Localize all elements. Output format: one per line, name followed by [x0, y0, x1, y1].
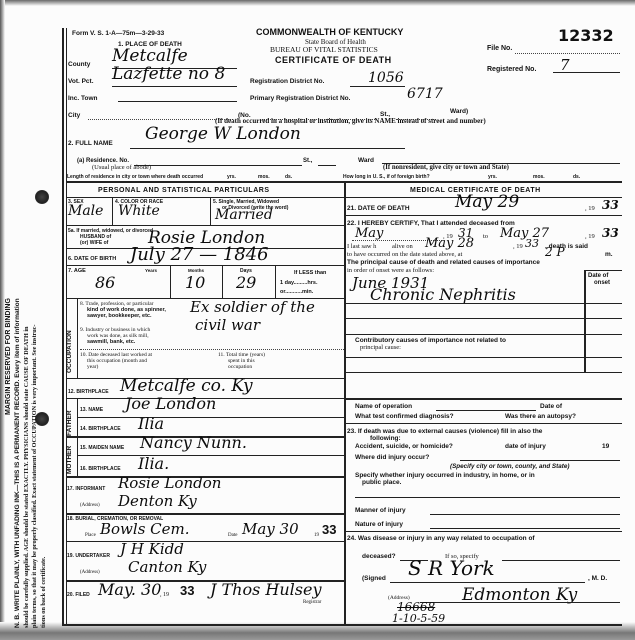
last-worked-label-3: year)	[87, 364, 98, 370]
where-injury-label: Where did injury occur?	[355, 454, 429, 461]
operation-label: Name of operation	[355, 403, 412, 410]
frame-left	[62, 28, 64, 626]
father-birthplace-value: Ilia	[138, 414, 164, 433]
ward-label: Ward)	[450, 108, 468, 115]
frame-bottom	[62, 624, 622, 626]
industry-value: civil war	[195, 316, 260, 334]
occupation-divider	[77, 298, 78, 378]
injury-year-label: 19	[602, 443, 609, 450]
if-so-line	[502, 560, 620, 561]
spouse-label-3: (or) WIFE of	[80, 240, 108, 246]
burial-place-label: Place	[85, 533, 96, 538]
trade-label-3: sawyer, bookkeeper, etc.	[87, 313, 152, 319]
margin-instruction-line3: plain terms, so that it may be properly …	[31, 325, 38, 629]
burial-date-value: May 30	[242, 520, 299, 538]
father-vertical-label: FATHER	[66, 410, 73, 436]
color-value: White	[118, 203, 160, 219]
attended-to-year-prefix: , 19	[585, 233, 595, 240]
where-injury-line	[460, 460, 620, 461]
informant-value: Rosie London	[118, 474, 221, 492]
contributory-line	[346, 357, 622, 358]
personal-heading: PERSONAL AND STATISTICAL PARTICULARS	[98, 187, 269, 194]
father-name-label: 13. NAME	[80, 407, 103, 413]
frame-left-inner	[66, 28, 67, 626]
alive-on-label: alive on	[392, 243, 413, 250]
nature-label: Nature of injury	[355, 521, 403, 528]
city-line	[88, 119, 233, 120]
less-or-min: or...........min.	[280, 289, 313, 295]
row-line	[66, 197, 344, 198]
form-number: Form V. S. 1-A—75m—3-29-33	[72, 30, 164, 37]
residence-ward-label: Ward	[358, 157, 374, 164]
cause-line	[346, 334, 622, 335]
registration-district-label: Registration District No.	[250, 78, 324, 85]
occupation-divider-line	[80, 349, 344, 350]
death-certificate: MARGIN RESERVED FOR BINDING N. B. WRITE …	[0, 0, 635, 640]
last-saw-year-prefix: , 19	[513, 243, 523, 250]
burial-year-value: 33	[322, 522, 336, 537]
trade-value: Ex soldier of the	[190, 298, 315, 316]
last-saw-label: I last saw h	[347, 243, 376, 250]
county-label: County	[68, 61, 90, 68]
state-title: COMMONWEALTH OF KENTUCKY	[256, 27, 403, 37]
less-than-label: If LESS than	[294, 270, 326, 276]
foreign-yrs: yrs.	[488, 174, 497, 180]
occurred-label: to have occurred on the date stated abov…	[347, 251, 462, 258]
inc-town-label: Inc. Town	[68, 95, 98, 102]
margin-instruction-line1: N. B. WRITE PLAINLY, WITH UNFADING INK—T…	[14, 298, 21, 628]
marital-value: Married	[215, 207, 273, 223]
external-causes-label: 23. If death was due to external causes …	[347, 428, 542, 435]
margin-instruction-line4: tions on back of certificate.	[40, 557, 47, 628]
full-name-line	[130, 148, 405, 149]
foreign-ds: ds.	[573, 174, 580, 180]
less-day-hrs: 1 day.........hrs.	[280, 280, 318, 286]
onset-top-line	[584, 270, 622, 271]
residence-st-line	[318, 165, 336, 166]
manner-label: Manner of injury	[355, 507, 406, 514]
md-label: , M. D.	[588, 575, 607, 582]
nature-line	[430, 528, 620, 529]
last-saw-date: May 28	[425, 236, 474, 251]
file-no-value: 12332	[558, 26, 614, 45]
primary-registration-value: 6717	[407, 86, 443, 102]
scan-edge-top	[0, 0, 635, 6]
cell-divider	[275, 265, 276, 298]
birthplace-label: 12. BIRTHPLACE	[68, 389, 109, 395]
full-name-label: 2. FULL NAME	[68, 140, 113, 147]
sex-value: Male	[68, 203, 103, 219]
row-line	[66, 265, 344, 266]
m-label: m.	[605, 251, 613, 258]
total-time-label-3: occupation	[228, 364, 252, 370]
date-death-value: May 29	[455, 192, 519, 212]
dob-value: July 27 — 1846	[130, 244, 269, 265]
principal-cause-label-2: in order of onset were as follows:	[347, 267, 434, 274]
date-death-label: 21. DATE OF DEATH	[347, 205, 410, 212]
date-death-year-prefix: , 19	[585, 205, 595, 212]
filed-year-prefix: , 19	[160, 592, 169, 598]
nonresident-note: (If nonresident, give city or town and S…	[383, 164, 509, 171]
county-value: Metcalfe	[112, 46, 188, 66]
last-saw-year: 33	[525, 237, 539, 250]
length-mos: mos.	[258, 174, 270, 180]
attended-from-value: May	[355, 226, 383, 241]
length-yrs: yrs.	[227, 174, 236, 180]
cell-divider	[222, 265, 223, 298]
row-line	[77, 417, 344, 418]
undertaker-address-label: (Address)	[80, 570, 100, 575]
stamp-date: 1-10-5-59	[392, 612, 445, 625]
signed-line	[390, 582, 585, 583]
onset-label: Date of	[588, 273, 608, 279]
onset-label-2: onset	[594, 280, 610, 286]
cell-divider	[112, 197, 113, 225]
age-label: 7. AGE	[68, 268, 86, 274]
margin-reserved-text: MARGIN RESERVED FOR BINDING	[5, 298, 12, 415]
row-line	[77, 455, 344, 456]
specify-line	[355, 497, 620, 498]
row-line	[66, 225, 344, 226]
informant-address-label: (Address)	[80, 503, 100, 508]
registered-no-label: Registered No.	[487, 66, 536, 73]
specify-whether-label: Specify whether injury occurred in indus…	[355, 472, 535, 479]
mother-maiden-label: 15. MAIDEN NAME	[80, 445, 124, 451]
age-years-value: 86	[95, 273, 115, 292]
cause-line	[346, 303, 622, 304]
registered-no-value: 7	[560, 56, 570, 74]
file-no-label: File No.	[487, 45, 512, 52]
date-death-year: 33	[602, 198, 619, 212]
occurred-time: 2 P	[545, 245, 565, 259]
vot-pct-value: Lazfette no 8	[112, 64, 225, 84]
column-divider	[344, 182, 346, 624]
specify-whether-label-2: public place.	[362, 479, 401, 486]
vot-pct-label: Vot. Pct.	[68, 78, 94, 85]
mother-birthplace-label: 16. BIRTHPLACE	[80, 466, 121, 472]
attended-to-year: 33	[602, 226, 619, 240]
residence-sub: (Usual place of abode)	[92, 164, 151, 171]
mother-birthplace-value: Ilia.	[138, 454, 169, 473]
cause-value: Chronic Nephritis	[370, 285, 516, 304]
registrar-label: Registrar	[303, 600, 321, 605]
filed-date-value: May. 30	[98, 580, 161, 599]
foreign-birth-label: How long in U. S., if of foreign birth?	[343, 174, 430, 180]
certificate-title: CERTIFICATE OF DEATH	[275, 55, 392, 65]
foreign-mos: mos.	[533, 174, 545, 180]
undertaker-address-value: Canton Ky	[128, 558, 206, 576]
registration-district-line	[350, 86, 405, 87]
inc-town-line	[118, 101, 237, 102]
operation-date-label: Date of	[540, 403, 562, 410]
residence-st-label: St.,	[303, 158, 312, 164]
filed-year-value: 33	[180, 583, 194, 598]
informant-label: 17. INFORMANT	[67, 486, 105, 492]
vot-pct-line	[112, 86, 237, 87]
mother-maiden-value: Nancy Nunn.	[140, 433, 247, 452]
physician-signature: S R York	[408, 556, 495, 580]
age-months-value: 10	[185, 273, 205, 292]
primary-registration-label: Primary Registration District No.	[250, 95, 350, 102]
row-line	[346, 215, 622, 216]
occupation-related-label: 24. Was disease or injury in any way rel…	[347, 535, 535, 542]
birthplace-value: Metcalfe co. Ky	[120, 376, 253, 396]
row-line	[66, 541, 344, 542]
row-line	[346, 531, 622, 532]
cell-divider	[170, 265, 171, 298]
bureau-title: BUREAU OF VITAL STATISTICS	[270, 45, 378, 54]
file-no-line	[515, 53, 620, 54]
operation-line	[436, 410, 536, 411]
age-days-value: 29	[236, 273, 256, 292]
father-name-value: Joe London	[125, 394, 216, 413]
dob-label: 6. DATE OF BIRTH	[68, 256, 116, 262]
margin-instruction-line2: should be carefully supplied. AGE should…	[23, 327, 30, 628]
years-label: Years	[145, 268, 157, 273]
mother-vertical-label: MOTHER	[66, 446, 73, 474]
manner-line	[430, 514, 620, 515]
injury-date-label: date of injury	[505, 443, 546, 450]
residence-line	[134, 165, 302, 166]
burial-place-value: Bowls Cem.	[100, 520, 190, 538]
occupation-vertical-label: OCCUPATION	[66, 330, 73, 373]
to-label: to	[483, 233, 488, 240]
cause-line	[346, 318, 622, 319]
cell-divider	[210, 197, 211, 225]
specify-label: (Specify city or town, county, and State…	[450, 463, 569, 470]
father-birthplace-label: 14. BIRTHPLACE	[80, 426, 121, 432]
registration-district-value: 1056	[368, 70, 404, 86]
row-line	[346, 398, 622, 400]
autopsy-label: Was there an autopsy?	[505, 413, 576, 420]
binding-hole	[35, 190, 49, 204]
registrar-signature: J Thos Hulsey	[210, 580, 322, 599]
length-ds: ds.	[285, 174, 292, 180]
undertaker-value: J H Kidd	[120, 540, 184, 558]
row-line	[66, 513, 344, 515]
full-name-value: George W London	[145, 124, 301, 144]
principal-cause-label: The principal cause of death and related…	[347, 259, 540, 266]
undertaker-label: 19. UNDERTAKER	[67, 553, 110, 559]
contributory-line	[346, 372, 622, 373]
informant-address-value: Denton Ky	[118, 492, 197, 510]
industry-label-3: sawmill, bank, etc.	[87, 339, 135, 345]
burial-date-label: Date	[228, 533, 237, 538]
contributory-label: Contributory causes of importance not re…	[355, 337, 506, 344]
address-line	[420, 602, 620, 603]
contributory-label-2: principal cause:	[360, 344, 401, 351]
deceased-label: deceased?	[362, 553, 396, 560]
signed-label: (Signed	[362, 575, 386, 582]
length-residence-label: Length of residence in city or town wher…	[67, 174, 203, 180]
row-line	[346, 423, 622, 424]
city-label: City	[68, 112, 80, 119]
burial-year-prefix: 19	[314, 533, 319, 538]
filed-label: 20. FILED	[67, 592, 90, 598]
external-causes-label-2: following:	[370, 435, 401, 442]
accident-label: Accident, suicide, or homicide?	[355, 443, 453, 450]
test-label: What test confirmed diagnosis?	[355, 413, 454, 420]
